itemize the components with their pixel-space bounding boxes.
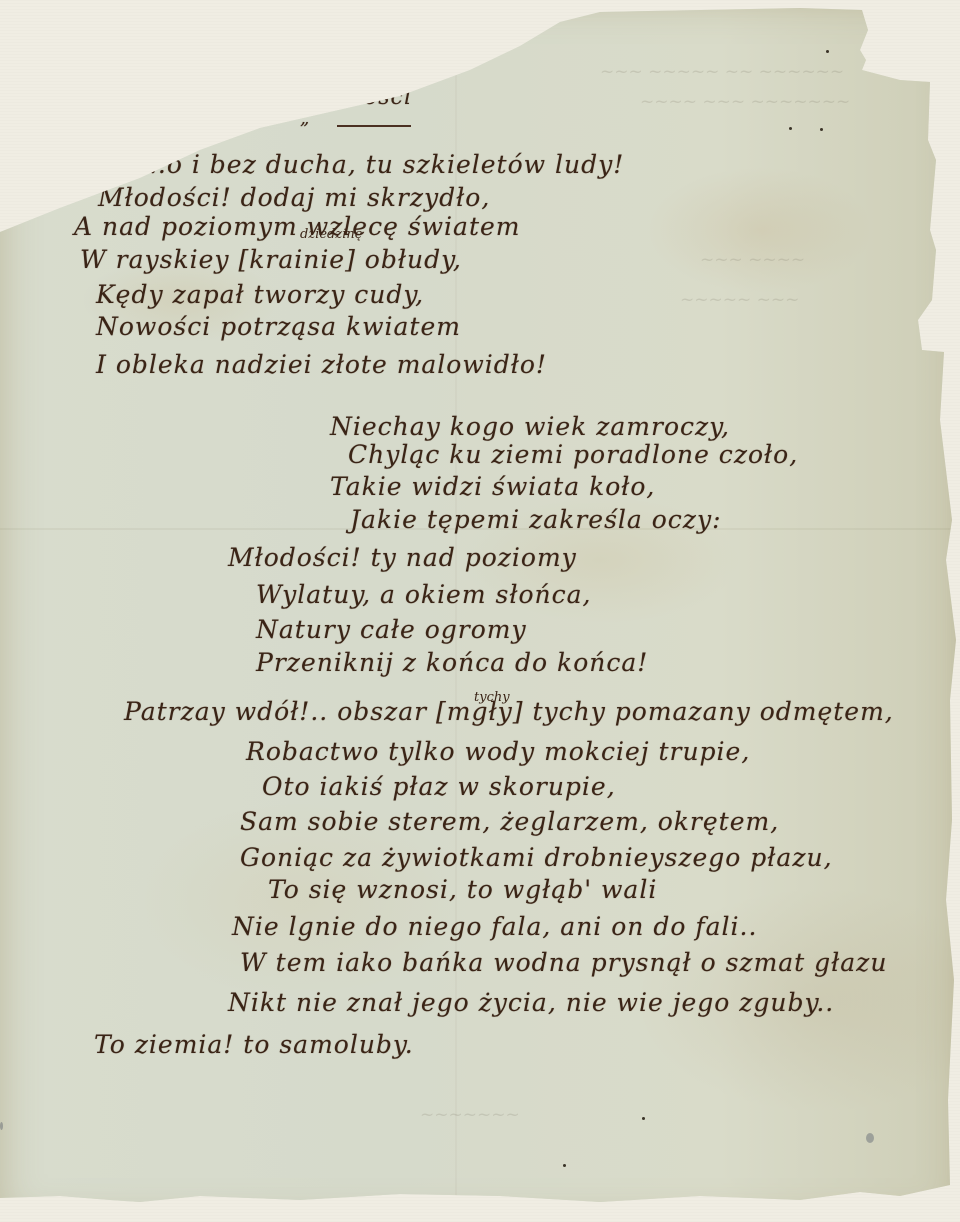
stanza-3-line-3: Natury całe ogromy — [256, 615, 527, 644]
ink-speck — [563, 1164, 566, 1167]
manuscript-page: ~~~ ~~~~~ ~~ ~~~~~~ ~~~~ ~~~ ~~~~~~~ ~~~… — [0, 0, 960, 1222]
bleed-through-text: ~~~~ ~~~ ~~~~~~~ — [640, 92, 850, 112]
stanza-4-line-6: To się wznosi, to wgłąb' wali — [268, 875, 657, 904]
stanza-2-line-2: Chyląc ku ziemi poradlone czoło, — [348, 440, 798, 469]
bleed-through-text: ~~~ ~~~~~ ~~ ~~~~~~ — [600, 62, 844, 82]
stanza-4-line-9: Nikt nie znał jego życia, nie wie jego z… — [228, 988, 834, 1017]
stanza-1-line-3: A nad poziomym wzlecę światem — [74, 212, 521, 241]
stanza-1-line-6: Nowości potrząsa kwiatem — [96, 312, 461, 341]
stanza-1-line-7: I obleka nadziei złote malowidło! — [96, 350, 547, 379]
ink-stain — [0, 1122, 3, 1130]
stanza-2-line-4: Jakie tępemi zakreśla oczy: — [350, 505, 722, 534]
ink-stain — [866, 1133, 874, 1143]
stanza-1-line-1: ...o i bez ducha, tu szkieletów ludy! — [140, 150, 624, 179]
stanza-4-line-1: Patrzay wdół!.. obszar [mgły] tychy poma… — [124, 697, 894, 726]
title-underline — [337, 125, 411, 127]
bleed-through-text: ~~~~~ ~~~ — [680, 290, 799, 310]
stanza-4-line-8: W tem iako bańka wodna prysnął o szmat g… — [240, 948, 887, 977]
stanza-2-line-3: Takie widzi świata koło, — [330, 472, 655, 501]
stanza-1-line-2: Młodości! dodaj mi skrzydło, — [98, 183, 490, 212]
stanza-2-line-1: Niechay kogo wiek zamroczy, — [330, 412, 730, 441]
stanza-3-line-2: Wylatuy, a okiem słońca, — [256, 580, 591, 609]
bleed-through-text: ~~~~~~~ — [420, 1105, 520, 1125]
stanza-4-line-2: Robactwo tylko wody mokciej trupie, — [246, 737, 750, 766]
ink-speck — [642, 1117, 645, 1120]
correction-above-line: dziedzinę — [300, 227, 362, 242]
stanza-4-line-5: Goniąc za żywiotkami drobnieyszego płazu… — [240, 843, 833, 872]
stanza-4-line-4: Sam sobie sterem, żeglarzem, okrętem, — [240, 807, 779, 836]
stanza-4-line-3: Oto iakiś płaz w skorupie, — [262, 772, 616, 801]
stanza-1-line-4: W rayskiey [krainie] obłudy, — [80, 245, 462, 274]
stanza-4-line-10: To ziemia! to samoluby. — [94, 1030, 414, 1059]
stanza-3-line-1: Młodości! ty nad poziomy — [228, 543, 577, 572]
stanza-1-line-5: Kędy zapał tworzy cudy, — [96, 280, 424, 309]
bleed-through-text: ~~~ ~~~~ — [700, 250, 805, 270]
ink-speck — [820, 128, 823, 131]
ink-speck — [789, 127, 792, 130]
stanza-4-line-7: Nie lgnie do niego fala, ani on do fali.… — [232, 912, 757, 941]
stanza-3-line-4: Przeniknij z końca do końca! — [256, 648, 648, 677]
ink-speck — [826, 50, 829, 53]
